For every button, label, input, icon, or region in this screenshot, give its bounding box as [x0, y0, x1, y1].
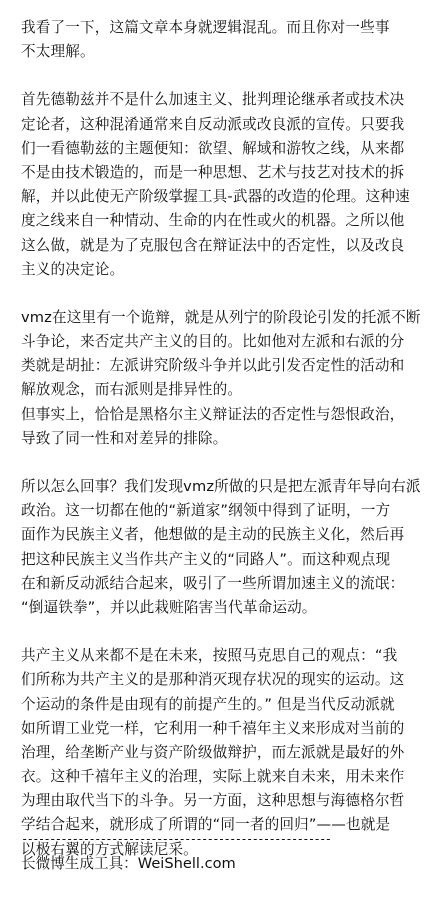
text-line: 治理，给垄断产业与资产阶级做辩护，而左派就是最好的外	[21, 741, 431, 765]
text-line: 衣。这种千禧年主义的治理，实际上就来自未来，用未来作	[21, 765, 431, 789]
dashed-separator: ----------------------------------------…	[21, 832, 330, 846]
text-line: 解，并以此使无产阶级掌握工具-武器的改造的伦理。这种速	[21, 185, 431, 209]
text-line: 这么做，就是为了克服包含在辩证法中的否定性，以及改良	[21, 234, 431, 258]
text-line: “倒逼铁拳”，并以此栽赃陷害当代革命运动。	[21, 596, 431, 620]
text-line: 斗争论，来否定共产主义的目的。比如他对左派和右派的分	[21, 330, 431, 354]
text-line: 不是由技术锻造的，而是一种思想、艺术与技艺对技术的拆	[21, 161, 431, 185]
text-line: vmz在这里有一个诡辩，就是从列宁的阶段论引发的托派不断	[21, 306, 431, 330]
text-line: 们所称为共产主义的是那种消灭现存状况的现实的运动。这	[21, 668, 431, 692]
text-line: 解放观念，而右派则是排异性的。	[21, 378, 431, 402]
text-line: 共产主义从来都不是在未来，按照马克思自己的观点：“我	[21, 644, 431, 668]
text-line: 首先德勒兹并不是什么加速主义、批判理论继承者或技术决	[21, 88, 431, 112]
text-line: 们一看德勒兹的主题便知：欲望、解域和游牧之线，从来都	[21, 137, 431, 161]
paragraph-3: vmz在这里有一个诡辩，就是从列宁的阶段论引发的托派不断 斗争论，来否定共产主义…	[21, 306, 431, 451]
text-line: 定论者，这种混淆通常来自反动派或改良派的宣传。只要我	[21, 113, 431, 137]
text-line: 所以怎么回事？我们发现vmz所做的只是把左派青年导向右派	[21, 475, 431, 499]
text-line: 度之线来自一种情动、生命的内在性或火的机器。之所以他	[21, 209, 431, 233]
text-line: 如所谓工业党一样，它利用一种千禧年主义来形成对当前的	[21, 717, 431, 741]
text-line: 面作为民族主义者，他想做的是主动的民族主义化，然后再	[21, 523, 431, 547]
paragraph-1: 我看了一下，这篇文章本身就逻辑混乱。而且你对一些事 不太理解。	[21, 16, 431, 64]
paragraph-5: 共产主义从来都不是在未来，按照马克思自己的观点：“我 们所称为共产主义的是那种消…	[21, 644, 431, 862]
paragraph-2: 首先德勒兹并不是什么加速主义、批判理论继承者或技术决 定论者，这种混淆通常来自反…	[21, 88, 431, 282]
footer: ----------------------------------------…	[21, 832, 440, 876]
text-line: 我看了一下，这篇文章本身就逻辑混乱。而且你对一些事	[21, 16, 431, 40]
generator-credit: 长微博生成工具：WeiShell.com	[21, 852, 440, 876]
text-line: 不太理解。	[21, 40, 431, 64]
text-line: 把这种民族主义当作共产主义的“同路人”。而这种观点现	[21, 548, 431, 572]
text-line: 为理由取代当下的斗争。另一方面，这种思想与海德格尔哲	[21, 789, 431, 813]
long-weibo-image: 我看了一下，这篇文章本身就逻辑混乱。而且你对一些事 不太理解。 首先德勒兹并不是…	[0, 0, 440, 904]
text-line: 类就是胡扯：左派讲究阶级斗争并以此引发否定性的活动和	[21, 354, 431, 378]
text-line: 在和新反动派结合起来，吸引了一些所谓加速主义的流氓：	[21, 572, 431, 596]
article-body: 我看了一下，这篇文章本身就逻辑混乱。而且你对一些事 不太理解。 首先德勒兹并不是…	[21, 16, 431, 886]
text-line: 主义的决定论。	[21, 258, 431, 282]
text-line: 导致了同一性和对差异的排除。	[21, 427, 431, 451]
text-line: 政治。这一切都在他的“新道家”纲领中得到了证明，一方	[21, 499, 431, 523]
paragraph-4: 所以怎么回事？我们发现vmz所做的只是把左派青年导向右派 政治。这一切都在他的“…	[21, 475, 431, 620]
text-line: 个运动的条件是由现有的前提产生的。” 但是当代反动派就	[21, 693, 431, 717]
text-line: 但事实上，恰恰是黑格尔主义辩证法的否定性与怨恨政治，	[21, 403, 431, 427]
